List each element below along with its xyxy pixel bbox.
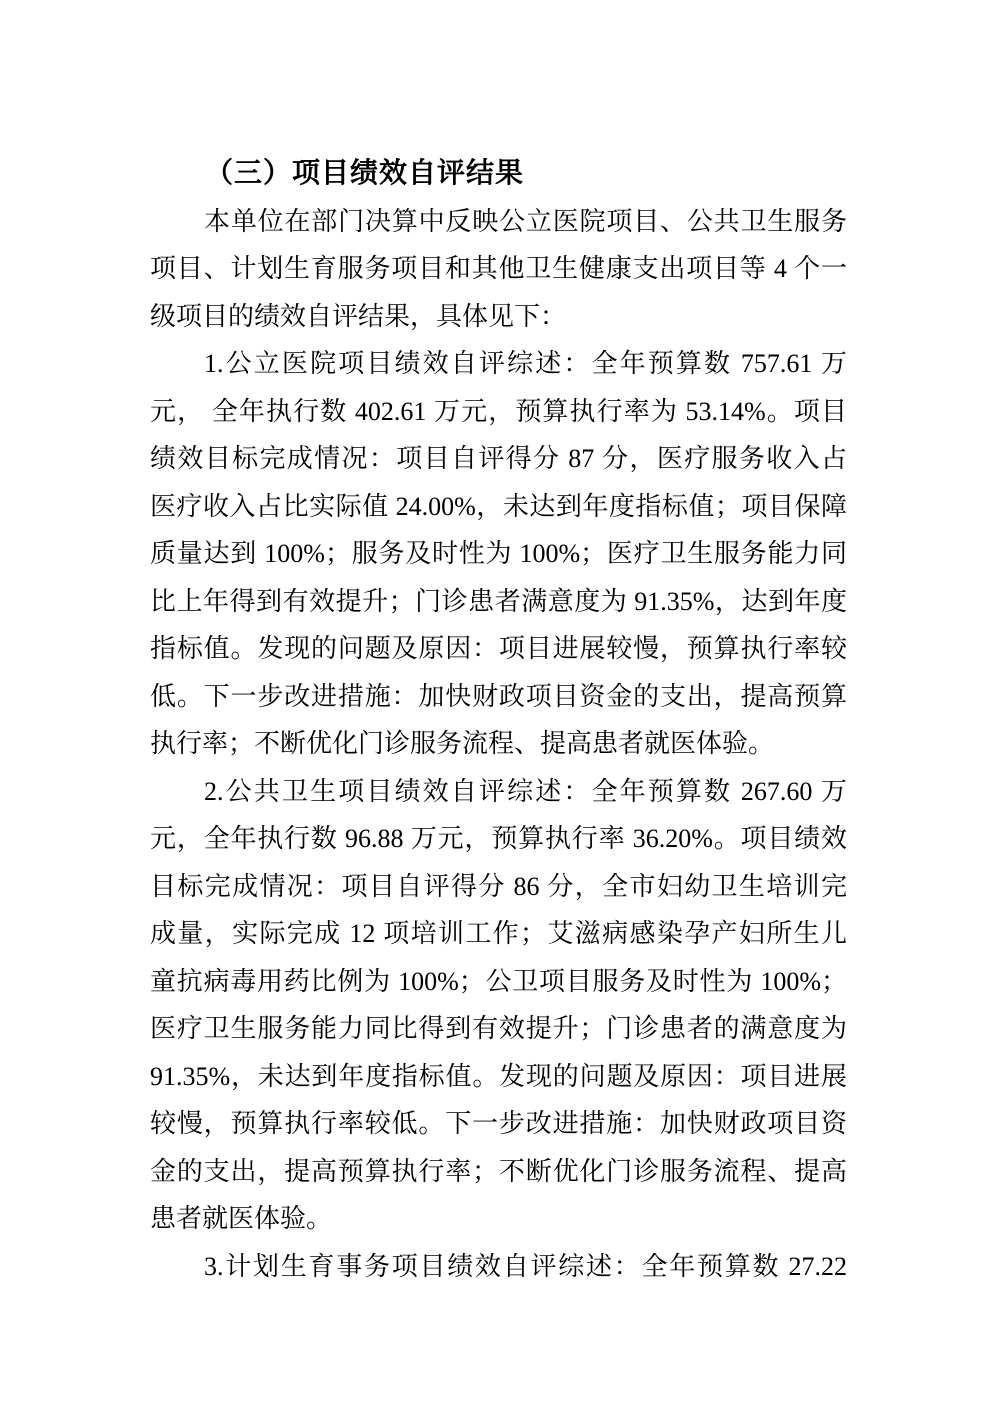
text-line: 绩效目标完成情况：项目自评得分 87 分，医疗服务收入占 bbox=[150, 435, 847, 483]
paragraph-intro: 本单位在部门决算中反映公立医院项目、公共卫生服务项目、计划生育服务项目和其他卫生… bbox=[150, 198, 847, 341]
text-line: 医疗收入占比实际值 24.00%，未达到年度指标值；项目保障 bbox=[150, 483, 847, 531]
text-line: 执行率；不断优化门诊服务流程、提高患者就医体验。 bbox=[150, 720, 847, 768]
text-line: 比上年得到有效提升；门诊患者满意度为 91.35%，达到年度 bbox=[150, 578, 847, 626]
paragraph-item-1-public-hospital: 1.公立医院项目绩效自评综述：全年预算数 757.61 万元， 全年执行数 40… bbox=[150, 340, 847, 768]
text-line: 项目、计划生育服务项目和其他卫生健康支出项目等 4 个一 bbox=[150, 245, 847, 293]
text-line: 金的支出，提高预算执行率；不断优化门诊服务流程、提高 bbox=[150, 1148, 847, 1196]
text-line: 2.公共卫生项目绩效自评综述：全年预算数 267.60 万 bbox=[150, 768, 847, 816]
text-line: 成量，实际完成 12 项培训工作；艾滋病感染孕产妇所生儿 bbox=[150, 910, 847, 958]
section-heading: （三）项目绩效自评结果 bbox=[150, 150, 847, 198]
paragraph-item-3-family-planning: 3.计划生育事务项目绩效自评综述：全年预算数 27.22 bbox=[150, 1243, 847, 1291]
text-line: 1.公立医院项目绩效自评综述：全年预算数 757.61 万 bbox=[150, 340, 847, 388]
text-line: 质量达到 100%；服务及时性为 100%；医疗卫生服务能力同 bbox=[150, 530, 847, 578]
document-body: 本单位在部门决算中反映公立医院项目、公共卫生服务项目、计划生育服务项目和其他卫生… bbox=[150, 198, 847, 1291]
text-line: 3.计划生育事务项目绩效自评综述：全年预算数 27.22 bbox=[150, 1243, 847, 1291]
text-line: 患者就医体验。 bbox=[150, 1195, 847, 1243]
text-line: 低。下一步改进措施：加快财政项目资金的支出，提高预算 bbox=[150, 673, 847, 721]
text-line: 级项目的绩效自评结果，具体见下： bbox=[150, 293, 847, 341]
paragraph-item-2-public-health: 2.公共卫生项目绩效自评综述：全年预算数 267.60 万元，全年执行数 96.… bbox=[150, 768, 847, 1243]
text-line: 目标完成情况：项目自评得分 86 分，全市妇幼卫生培训完 bbox=[150, 863, 847, 911]
text-line: 指标值。发现的问题及原因：项目进展较慢，预算执行率较 bbox=[150, 625, 847, 673]
text-line: 医疗卫生服务能力同比得到有效提升；门诊患者的满意度为 bbox=[150, 1005, 847, 1053]
document-page: （三）项目绩效自评结果 本单位在部门决算中反映公立医院项目、公共卫生服务项目、计… bbox=[150, 150, 847, 1290]
text-line: 本单位在部门决算中反映公立医院项目、公共卫生服务 bbox=[150, 198, 847, 246]
text-line: 较慢，预算执行率较低。下一步改进措施：加快财政项目资 bbox=[150, 1100, 847, 1148]
text-line: 元， 全年执行数 402.61 万元，预算执行率为 53.14%。项目 bbox=[150, 388, 847, 436]
text-line: 91.35%，未达到年度指标值。发现的问题及原因：项目进展 bbox=[150, 1053, 847, 1101]
text-line: 元，全年执行数 96.88 万元，预算执行率 36.20%。项目绩效 bbox=[150, 815, 847, 863]
text-line: 童抗病毒用药比例为 100%；公卫项目服务及时性为 100%； bbox=[150, 958, 847, 1006]
